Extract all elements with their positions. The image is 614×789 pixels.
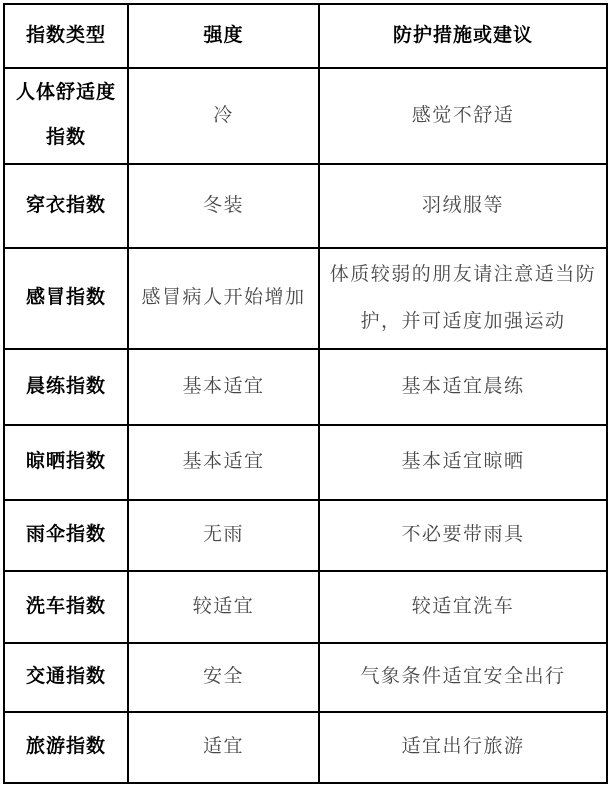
cell-strength: 适宜 [128,712,319,783]
cell-strength: 基本适宜 [128,349,319,425]
cell-strength: 较适宜 [128,571,319,643]
cell-advice: 较适宜洗车 [319,571,607,643]
cell-strength: 安全 [128,643,319,712]
cell-index-type: 人体舒适度指数 [4,68,128,164]
page: 指数类型 强度 防护措施或建议 人体舒适度指数 冷 感觉不舒适 穿衣指数 冬装 … [0,0,614,789]
cell-advice: 基本适宜晾晒 [319,425,607,500]
cell-index-type: 洗车指数 [4,571,128,643]
table-row: 人体舒适度指数 冷 感觉不舒适 [4,68,607,164]
cell-index-type: 穿衣指数 [4,164,128,248]
header-cell-advice: 防护措施或建议 [319,4,607,68]
cell-index-type: 雨伞指数 [4,500,128,571]
header-cell-strength: 强度 [128,4,319,68]
cell-strength: 冷 [128,68,319,164]
cell-advice: 体质较弱的朋友请注意适当防护，并可适度加强运动 [319,248,607,349]
cell-advice: 基本适宜晨练 [319,349,607,425]
table-header-row: 指数类型 强度 防护措施或建议 [4,4,607,68]
header-cell-index-type: 指数类型 [4,4,128,68]
table-row: 感冒指数 感冒病人开始增加 体质较弱的朋友请注意适当防护，并可适度加强运动 [4,248,607,349]
cell-strength: 无雨 [128,500,319,571]
cell-index-type: 感冒指数 [4,248,128,349]
cell-advice: 羽绒服等 [319,164,607,248]
table-row: 交通指数 安全 气象条件适宜安全出行 [4,643,607,712]
table-row: 旅游指数 适宜 适宜出行旅游 [4,712,607,783]
cell-advice: 不必要带雨具 [319,500,607,571]
cell-strength: 感冒病人开始增加 [128,248,319,349]
table-row: 晨练指数 基本适宜 基本适宜晨练 [4,349,607,425]
cell-index-type: 交通指数 [4,643,128,712]
weather-index-table: 指数类型 强度 防护措施或建议 人体舒适度指数 冷 感觉不舒适 穿衣指数 冬装 … [3,3,608,784]
cell-index-type: 旅游指数 [4,712,128,783]
cell-strength: 基本适宜 [128,425,319,500]
table-row: 洗车指数 较适宜 较适宜洗车 [4,571,607,643]
table-row: 穿衣指数 冬装 羽绒服等 [4,164,607,248]
cell-advice: 适宜出行旅游 [319,712,607,783]
table-row: 晾晒指数 基本适宜 基本适宜晾晒 [4,425,607,500]
table-row: 雨伞指数 无雨 不必要带雨具 [4,500,607,571]
cell-strength: 冬装 [128,164,319,248]
cell-advice: 气象条件适宜安全出行 [319,643,607,712]
cell-index-type: 晨练指数 [4,349,128,425]
cell-advice: 感觉不舒适 [319,68,607,164]
cell-index-type: 晾晒指数 [4,425,128,500]
